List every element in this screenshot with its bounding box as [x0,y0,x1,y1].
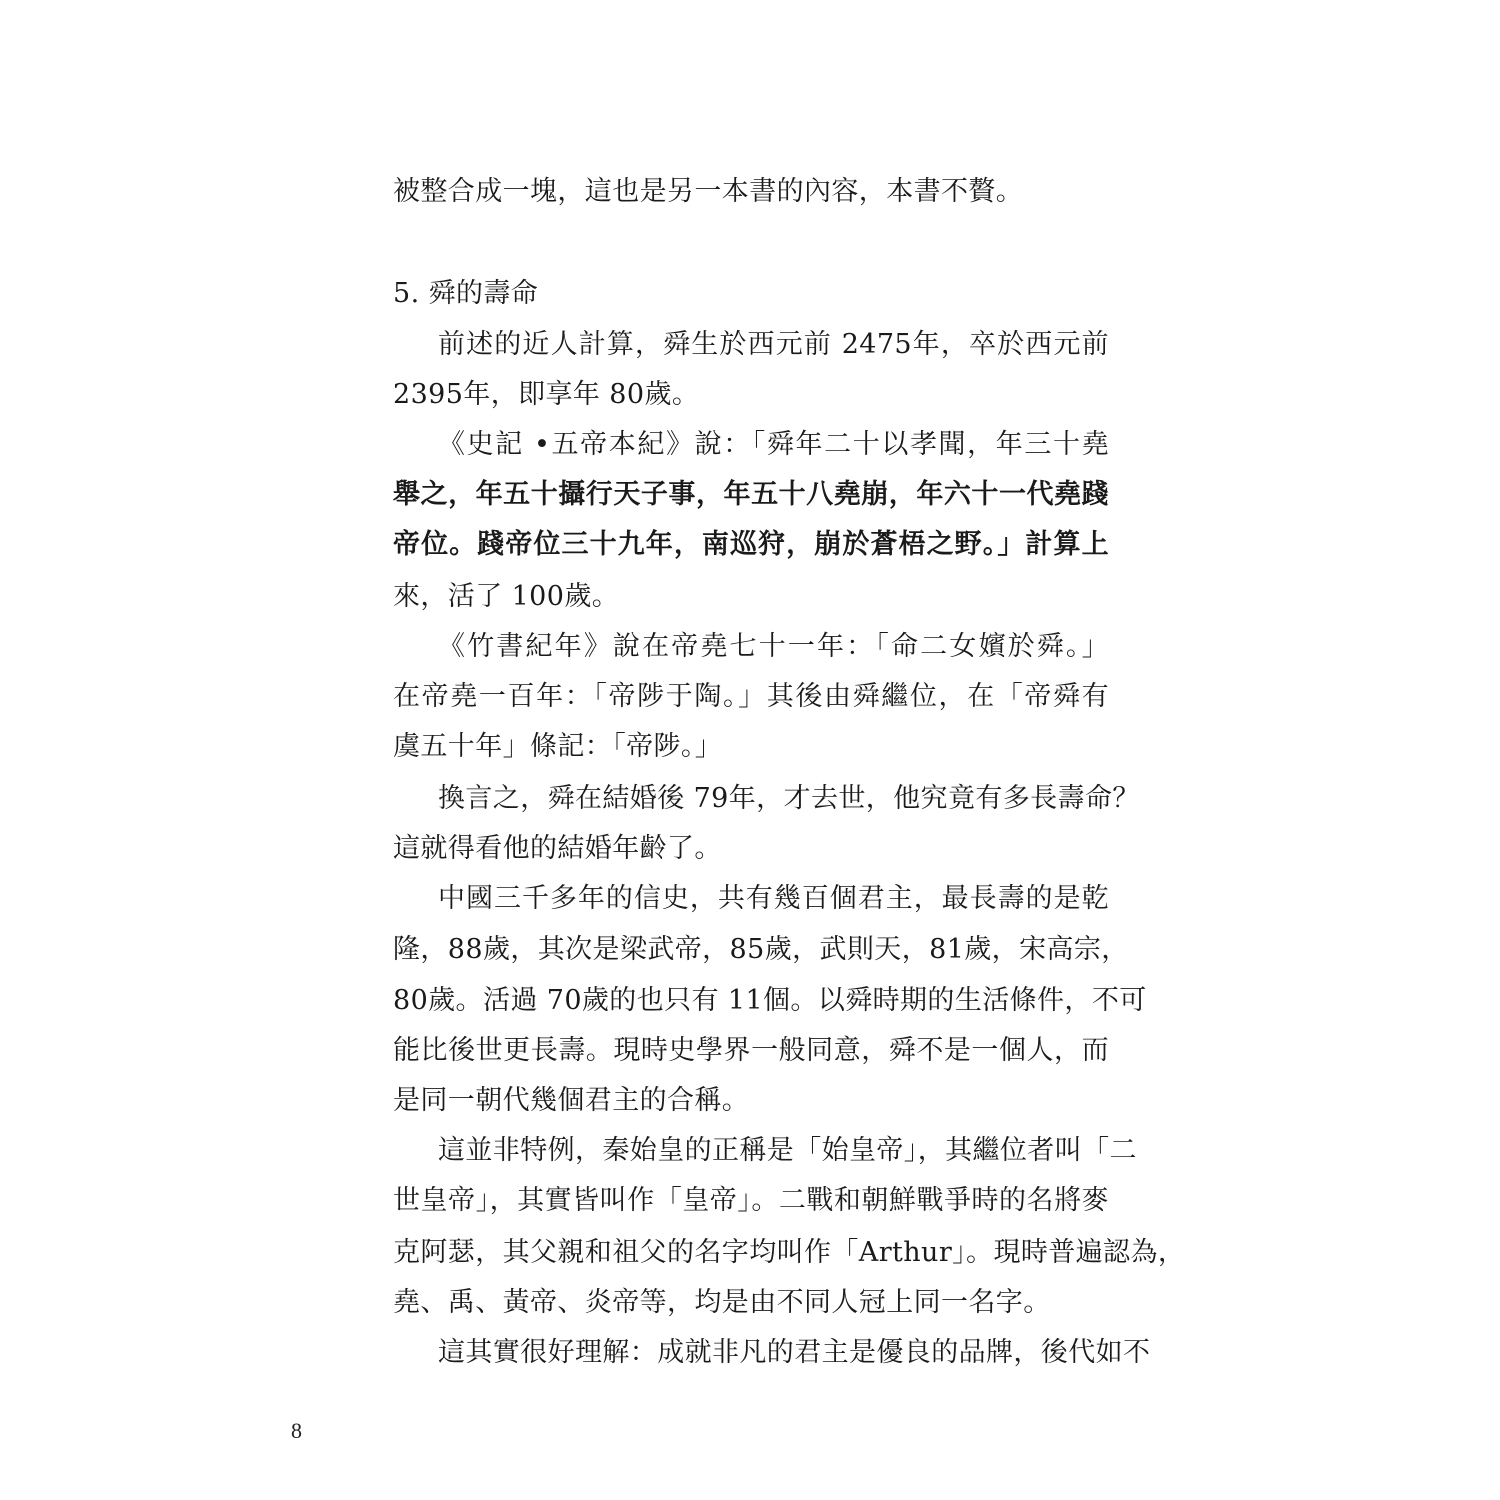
text-line: 這其實很好理解：成就非凡的君主是優良的品牌，後代如不 [438,1335,1109,1371]
text-line: 舉之，年五十攝行天子事，年五十八堯崩，年六十一代堯踐 [393,477,1109,513]
text-line: 隆，88歲，其次是梁武帝，85歲，武則天，81歲，宋高宗， [393,932,1109,968]
text-line: 中國三千多年的信史，共有幾百個君主，最長壽的是乾 [438,881,1109,917]
text-line: 2395年，即享年 80歲。 [393,377,1109,413]
text-line: 堯、禹、黃帝、炎帝等，均是由不同人冠上同一名字。 [393,1285,1109,1321]
text-line: 這就得看他的結婚年齡了。 [393,831,1109,867]
text-line: 在帝堯一百年：「帝陟于陶。」其後由舜繼位，在「帝舜有 [393,679,1109,715]
text-line: 換言之，舜在結婚後 79年，才去世，他究竟有多長壽命？ [438,781,1109,817]
text-line: 能比後世更長壽。現時史學界一般同意，舜不是一個人，而 [393,1033,1109,1069]
text-line: 來，活了 100歲。 [393,579,1109,615]
text-line: 虞五十年」條記：「帝陟。」 [393,729,1109,765]
text-line: 《竹書紀年》說在帝堯七十一年：「命二女嬪於舜。」 [438,629,1109,665]
text-line: 帝位。踐帝位三十九年，南巡狩，崩於蒼梧之野。」計算上 [393,527,1109,563]
text-line: 80歲。活過 70歲的也只有 11個。以舜時期的生活條件，不可 [393,983,1109,1019]
text-line: 前述的近人計算，舜生於西元前 2475年，卒於西元前 [438,327,1109,363]
text-line: 這並非特例，秦始皇的正稱是「始皇帝」，其繼位者叫「二 [438,1133,1109,1169]
text-line: 是同一朝代幾個君主的合稱。 [393,1083,1109,1119]
section-heading: 5. 舜的壽命 [393,276,1109,312]
text-line: 被整合成一塊，這也是另一本書的內容，本書不贅。 [393,174,1109,210]
page-number: 8 [291,1418,302,1444]
text-line: 世皇帝」，其實皆叫作「皇帝」。二戰和朝鮮戰爭時的名將麥 [393,1183,1109,1219]
book-page: 被整合成一塊，這也是另一本書的內容，本書不贅。5. 舜的壽命前述的近人計算，舜生… [0,0,1500,1500]
text-line: 《史記 •五帝本紀》說：「舜年二十以孝聞，年三十堯 [438,427,1109,463]
text-line: 克阿瑟，其父親和祖父的名字均叫作「Arthur」。現時普遍認為， [393,1235,1109,1271]
